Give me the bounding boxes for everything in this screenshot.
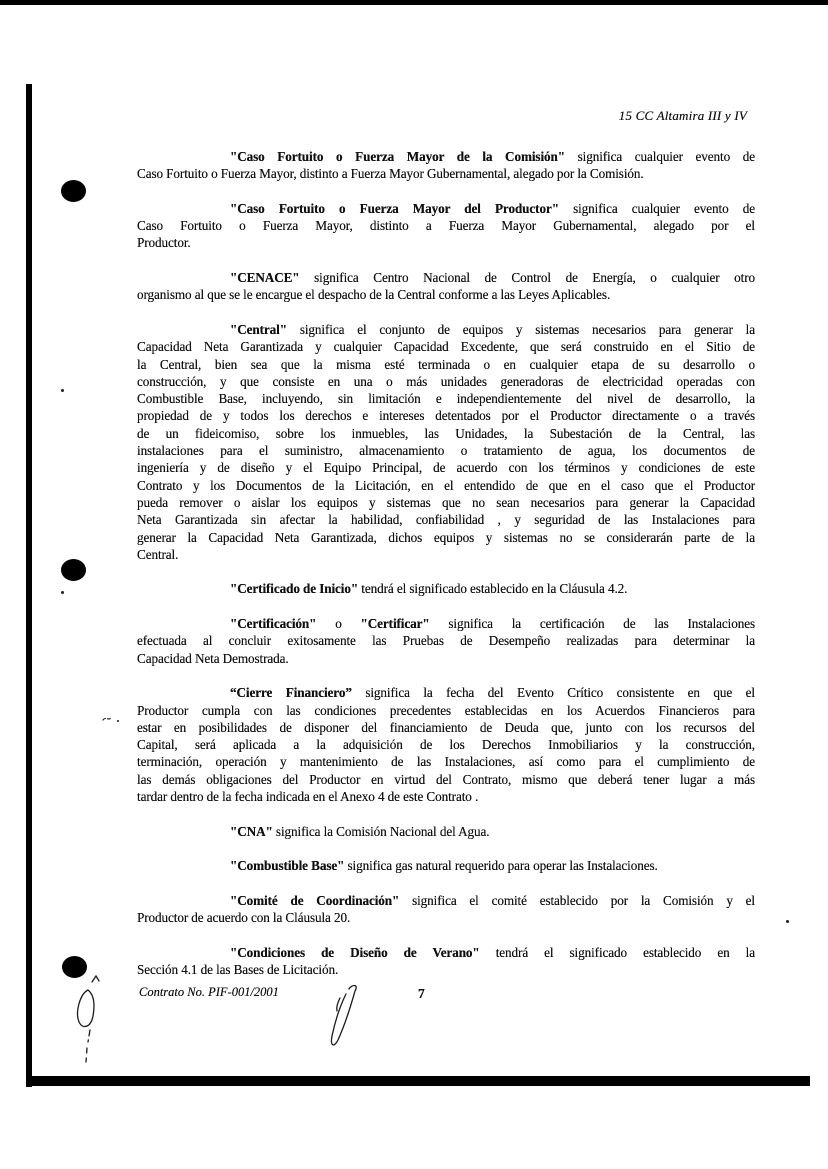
- text-line: Productor.: [137, 234, 755, 251]
- definition-text: Productor.: [137, 235, 191, 250]
- text-line: organismo al que se le encargue el despa…: [137, 286, 755, 303]
- text-line: Capacidad Neta Garantizada y cualquier C…: [137, 338, 755, 355]
- text-line: "Certificado de Inicio" tendrá el signif…: [137, 580, 755, 597]
- definition-paragraph: "Condiciones de Diseño de Verano" tendrá…: [137, 944, 755, 979]
- scan-speck: [61, 591, 64, 594]
- document-body: "Caso Fortuito o Fuerza Mayor de la Comi…: [137, 148, 755, 978]
- definition-text: terminación, operación y mantenimiento d…: [137, 754, 755, 769]
- handwritten-mark: [322, 982, 367, 1052]
- text-line: las demás obligaciones del Productor en …: [137, 771, 755, 788]
- scanned-page: 15 CC Altamira III y IV "Caso Fortuito o…: [0, 0, 828, 1169]
- text-line: terminación, operación y mantenimiento d…: [137, 753, 755, 770]
- text-line: "Central" significa el conjunto de equip…: [137, 321, 755, 338]
- definition-text: organismo al que se le encargue el despa…: [137, 287, 610, 302]
- definition-paragraph: "CENACE" significa Centro Nacional de Co…: [137, 269, 755, 304]
- definition-text: instalaciones para el suministro, almace…: [137, 443, 755, 458]
- definition-text: Sección 4.1 de las Bases de Licitación.: [137, 962, 338, 977]
- definition-paragraph: "Central" significa el conjunto de equip…: [137, 321, 755, 563]
- text-line: "Combustible Base" significa gas natural…: [137, 857, 755, 874]
- text-line: Neta Garantizada sin afectar la habilida…: [137, 511, 755, 528]
- definition-paragraph: "Certificado de Inicio" tendrá el signif…: [137, 580, 755, 597]
- definition-text: Contrato y los Documentos de la Licitaci…: [137, 478, 755, 493]
- definition-text: significa la Comisión Nacional del Agua.: [273, 824, 490, 839]
- definition-text: Combustible Base, incluyendo, sin limita…: [137, 391, 755, 406]
- text-line: tardar dentro de la fecha indicada en el…: [137, 788, 755, 805]
- text-line: Sección 4.1 de las Bases de Licitación.: [137, 961, 755, 978]
- defined-term: "Caso Fortuito o Fuerza Mayor del Produc…: [230, 201, 559, 216]
- defined-term: "Comité de Coordinación": [230, 893, 399, 908]
- definition-text: significa la fecha del Evento Crítico co…: [352, 685, 755, 700]
- text-line: Caso Fortuito o Fuerza Mayor, distinto a…: [137, 217, 755, 234]
- text-line: Caso Fortuito o Fuerza Mayor, distinto a…: [137, 165, 755, 182]
- definition-paragraph: "Caso Fortuito o Fuerza Mayor de la Comi…: [137, 148, 755, 183]
- scan-edge-top: [0, 0, 828, 5]
- text-line: "CNA" significa la Comisión Nacional del…: [137, 823, 755, 840]
- footer-page-number: 7: [418, 986, 425, 1002]
- definition-text: significa Centro Nacional de Control de …: [300, 270, 755, 285]
- definition-text: Caso Fortuito o Fuerza Mayor, distinto a…: [137, 218, 755, 233]
- footer-contract-number: Contrato No. PIF-001/2001: [139, 985, 279, 1000]
- definition-text: significa la certificación de las Instal…: [430, 616, 755, 631]
- hole-punch-dot: [61, 559, 86, 581]
- definition-text: significa cualquier evento de: [565, 149, 755, 164]
- definition-paragraph: "Certificación" o "Certificar" significa…: [137, 615, 755, 667]
- definition-text: la Central, bien sea que la misma esté t…: [137, 357, 755, 372]
- defined-term: "Certificar": [361, 616, 430, 631]
- scan-speck: [61, 389, 64, 392]
- definition-text: Central.: [137, 547, 178, 562]
- text-line: Productor de acuerdo con la Cláusula 20.: [137, 909, 755, 926]
- defined-term: "Central": [230, 322, 287, 337]
- text-line: pueda remover o aislar los equipos y sis…: [137, 494, 755, 511]
- handwritten-mark: [70, 972, 110, 1072]
- definition-text: tendrá el significado establecido en la …: [358, 581, 627, 596]
- handwritten-mark: [101, 710, 125, 726]
- text-line: "Condiciones de Diseño de Verano" tendrá…: [137, 944, 755, 961]
- defined-term: “Cierre Financiero”: [230, 685, 352, 700]
- text-line: "Caso Fortuito o Fuerza Mayor de la Comi…: [137, 148, 755, 165]
- definition-text: estar en posibilidades de disponer del f…: [137, 720, 755, 735]
- defined-term: "Certificación": [230, 616, 316, 631]
- definition-paragraph: "Caso Fortuito o Fuerza Mayor del Produc…: [137, 200, 755, 252]
- text-line: Productor cumpla con las condiciones pre…: [137, 702, 755, 719]
- text-line: efectuada al concluir exitosamente las P…: [137, 632, 755, 649]
- definition-paragraph: "CNA" significa la Comisión Nacional del…: [137, 823, 755, 840]
- text-line: Central.: [137, 546, 755, 563]
- definition-text: significa el comité establecido por la C…: [399, 893, 755, 908]
- definition-text: construcción, y que consiste en una o má…: [137, 374, 755, 389]
- text-line: instalaciones para el suministro, almace…: [137, 442, 755, 459]
- page-header-reference: 15 CC Altamira III y IV: [137, 108, 747, 124]
- definition-paragraph: “Cierre Financiero” significa la fecha d…: [137, 684, 755, 805]
- text-line: la Central, bien sea que la misma esté t…: [137, 356, 755, 373]
- definition-text: pueda remover o aislar los equipos y sis…: [137, 495, 755, 510]
- text-line: Contrato y los Documentos de la Licitaci…: [137, 477, 755, 494]
- definition-paragraph: "Combustible Base" significa gas natural…: [137, 857, 755, 874]
- defined-term: "CENACE": [230, 270, 300, 285]
- hole-punch-dot: [61, 180, 86, 202]
- text-line: ingeniería y de diseño y el Equipo Princ…: [137, 459, 755, 476]
- definition-text: generar la Capacidad Neta Garantizada, d…: [137, 530, 755, 545]
- definition-text: o: [316, 616, 360, 631]
- definition-text: efectuada al concluir exitosamente las P…: [137, 633, 755, 648]
- text-line: "Caso Fortuito o Fuerza Mayor del Produc…: [137, 200, 755, 217]
- definition-text: significa cualquier evento de: [559, 201, 755, 216]
- text-line: generar la Capacidad Neta Garantizada, d…: [137, 529, 755, 546]
- defined-term: "Combustible Base": [230, 858, 344, 873]
- text-line: Capital, será aplicada a la adquisición …: [137, 736, 755, 753]
- scan-edge-bottom: [28, 1076, 810, 1086]
- text-line: de un fideicomiso, sobre los inmuebles, …: [137, 425, 755, 442]
- definition-text: Capital, será aplicada a la adquisición …: [137, 737, 755, 752]
- text-line: construcción, y que consiste en una o má…: [137, 373, 755, 390]
- text-line: Combustible Base, incluyendo, sin limita…: [137, 390, 755, 407]
- text-line: "Certificación" o "Certificar" significa…: [137, 615, 755, 632]
- definition-text: tardar dentro de la fecha indicada en el…: [137, 789, 478, 804]
- defined-term: "Condiciones de Diseño de Verano": [230, 945, 480, 960]
- definition-text: Capacidad Neta Demostrada.: [137, 651, 289, 666]
- text-line: estar en posibilidades de disponer del f…: [137, 719, 755, 736]
- defined-term: "Certificado de Inicio": [230, 581, 358, 596]
- text-line: “Cierre Financiero” significa la fecha d…: [137, 684, 755, 701]
- text-line: propiedad de y todos los derechos e inte…: [137, 407, 755, 424]
- definition-text: tendrá el significado establecido en la: [480, 945, 755, 960]
- definition-text: Productor cumpla con las condiciones pre…: [137, 703, 755, 718]
- definition-text: Capacidad Neta Garantizada y cualquier C…: [137, 339, 755, 354]
- definition-text: de un fideicomiso, sobre los inmuebles, …: [137, 426, 755, 441]
- definition-paragraph: "Comité de Coordinación" significa el co…: [137, 892, 755, 927]
- scan-edge-left: [26, 84, 32, 1087]
- definition-text: significa gas natural requerido para ope…: [344, 858, 657, 873]
- definition-text: propiedad de y todos los derechos e inte…: [137, 408, 755, 423]
- defined-term: "CNA": [230, 824, 273, 839]
- definition-text: significa el conjunto de equipos y siste…: [287, 322, 755, 337]
- text-line: Capacidad Neta Demostrada.: [137, 650, 755, 667]
- text-line: "Comité de Coordinación" significa el co…: [137, 892, 755, 909]
- text-line: "CENACE" significa Centro Nacional de Co…: [137, 269, 755, 286]
- defined-term: "Caso Fortuito o Fuerza Mayor de la Comi…: [230, 149, 565, 164]
- definition-text: Neta Garantizada sin afectar la habilida…: [137, 512, 755, 527]
- definition-text: ingeniería y de diseño y el Equipo Princ…: [137, 460, 755, 475]
- definition-text: Productor de acuerdo con la Cláusula 20.: [137, 910, 350, 925]
- definition-text: las demás obligaciones del Productor en …: [137, 772, 755, 787]
- definition-text: Caso Fortuito o Fuerza Mayor, distinto a…: [137, 166, 644, 181]
- scan-speck: [786, 920, 789, 923]
